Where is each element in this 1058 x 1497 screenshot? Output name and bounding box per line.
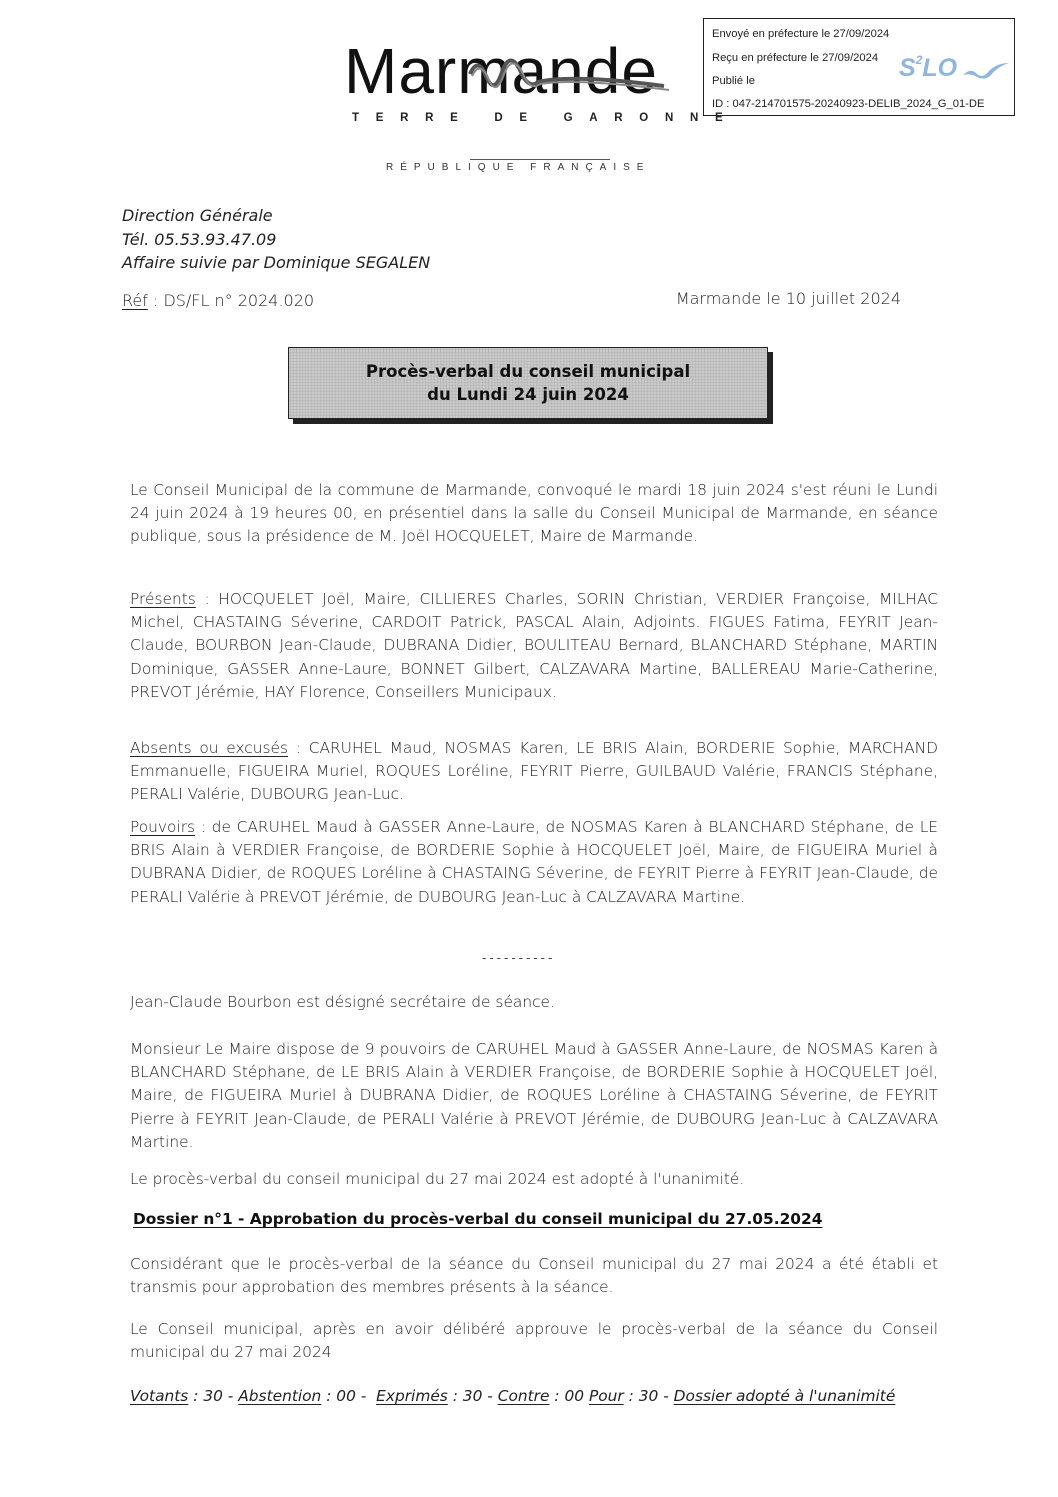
presents-list: : HOCQUELET Joël, Maire, CILLIERES Charl…: [130, 590, 938, 701]
reference: Réf : DS/FL n° 2024.020: [122, 291, 314, 310]
contre-value: 00: [564, 1387, 584, 1405]
stamp-id: ID : 047-214701575-20240923-DELIB_2024_G…: [712, 98, 984, 110]
abstention-label: Abstention: [238, 1387, 321, 1405]
presents-paragraph: Présents : HOCQUELET Joël, Maire, CILLIE…: [130, 588, 938, 704]
dossier-1-considerant: Considérant que le procès-verbal de la s…: [130, 1253, 938, 1299]
contre-label: Contre: [498, 1387, 550, 1405]
reference-value: : DS/FL n° 2024.020: [148, 291, 314, 310]
pour-value: 30: [639, 1387, 659, 1405]
document-title: Procès-verbal du conseil municipal du Lu…: [288, 347, 768, 419]
vote-result: Dossier adopté à l'unanimité: [674, 1387, 896, 1405]
logo-wave-icon: [464, 46, 684, 106]
pouvoirs-paragraph: Pouvoirs : de CARUHEL Maud à GASSER Anne…: [130, 816, 938, 909]
maire-pouvoirs-paragraph: Monsieur Le Maire dispose de 9 pouvoirs …: [130, 1038, 938, 1154]
pouvoirs-list: : de CARUHEL Maud à GASSER Anne-Laure, d…: [130, 818, 938, 906]
exprimes-label: Exprimés: [376, 1387, 448, 1405]
reference-label: Réf: [122, 291, 148, 310]
pour-label: Pour: [589, 1387, 624, 1405]
sender-department: Direction Générale: [122, 204, 430, 228]
dossier-1-vote: Votants : 30 - Abstention : 00 - Exprimé…: [130, 1385, 938, 1408]
sender-block: Direction Générale Tél. 05.53.93.47.09 A…: [122, 204, 430, 275]
pv-adopted-paragraph: Le procès-verbal du conseil municipal du…: [130, 1168, 938, 1191]
stamp-received-date: Reçu en préfecture le 27/09/2024: [712, 52, 878, 64]
exprimes-value: 30: [463, 1387, 483, 1405]
absents-label: Absents ou excusés: [130, 739, 288, 757]
section-separator: ----------: [482, 951, 555, 965]
s2lo-logo: S2LO: [899, 53, 1009, 85]
s2lo-s: S: [899, 54, 916, 82]
absents-paragraph: Absents ou excusés : CARUHEL Maud, NOSMA…: [130, 737, 938, 807]
s2lo-lo: LO: [922, 54, 957, 82]
presents-label: Présents: [130, 590, 196, 608]
abstention-value: 00: [336, 1387, 356, 1405]
sender-phone: Tél. 05.53.93.47.09: [122, 228, 430, 252]
dossier-1-decision: Le Conseil municipal, après en avoir dél…: [130, 1318, 938, 1364]
sender-handled-by: Affaire suivie par Dominique SEGALEN: [122, 251, 430, 275]
logo-divider: [470, 159, 610, 160]
place-date: Marmande le 10 juillet 2024: [676, 289, 901, 308]
title-line-1: Procès-verbal du conseil municipal: [289, 360, 767, 383]
marmande-logo: Marmande TERRE DE GARONNE RÉPUBLIQUE FRA…: [344, 38, 724, 178]
votants-label: Votants: [130, 1387, 188, 1405]
votants-value: 30: [203, 1387, 223, 1405]
dossier-1-title: Dossier n°1 - Approbation du procès-verb…: [133, 1210, 822, 1228]
logo-tagline: TERRE DE GARONNE: [352, 112, 739, 124]
intro-paragraph: Le Conseil Municipal de la commune de Ma…: [130, 479, 938, 549]
secretaire-paragraph: Jean-Claude Bourbon est désigné secrétai…: [130, 991, 938, 1014]
s2lo-swoosh-icon: [961, 59, 1011, 81]
prefecture-stamp: Envoyé en préfecture le 27/09/2024 Reçu …: [703, 18, 1015, 116]
stamp-sent-date: Envoyé en préfecture le 27/09/2024: [712, 28, 889, 40]
pouvoirs-label: Pouvoirs: [130, 818, 195, 836]
title-line-2: du Lundi 24 juin 2024: [289, 383, 767, 406]
republique-francaise: RÉPUBLIQUE FRANÇAISE: [386, 162, 650, 173]
